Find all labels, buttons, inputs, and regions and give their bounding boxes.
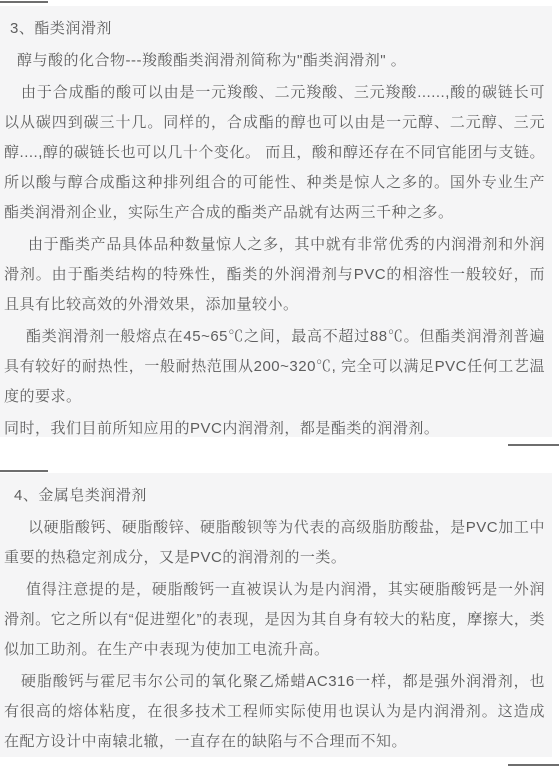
paragraph-soap-definition: 以硬脂酸钙、硬脂酸锌、硬脂酸钡等为代表的高级脂肪酸盐，是PVC加工中重要的热稳定… [4, 513, 545, 573]
paragraph-ester-internal-external: 由于酯类产品具体品种数量惊人之多，其中就有非常优秀的内润滑剂和外润滑剂。由于酯类… [4, 230, 545, 320]
partial-divider-mid-right [508, 444, 559, 446]
paragraph-ester-variety: 由于合成酯的酸可以由是一元羧酸、二元羧酸、三元羧酸......,酸的碳链长可以从… [4, 78, 545, 228]
section-heading-metal-soap: 4、金属皂类润滑剂 [4, 481, 545, 511]
section-metal-soap-lubricants: 4、金属皂类润滑剂 以硬脂酸钙、硬脂酸锌、硬脂酸钡等为代表的高级脂肪酸盐，是PV… [0, 473, 552, 757]
paragraph-soap-ac316: 硬脂酸钙与霍尼韦尔公司的氧化聚乙烯蜡AC316一样，都是强外润滑剂，也有很高的熔… [4, 667, 545, 757]
section-ester-lubricants: 3、酯类润滑剂 醇与酸的化合物---羧酸酯类润滑剂简称为"酯类润滑剂" 。 由于… [0, 6, 552, 437]
paragraph-ester-definition: 醇与酸的化合物---羧酸酯类润滑剂简称为"酯类润滑剂" 。 [4, 46, 545, 76]
partial-divider-top-left [0, 1, 48, 3]
paragraph-ester-melting-point: 酯类润滑剂一般熔点在45~65℃之间，最高不超过88℃。但酯类润滑剂普遍具有较好… [4, 322, 545, 412]
section-heading-ester: 3、酯类润滑剂 [4, 14, 545, 44]
partial-divider-mid-left [0, 470, 48, 472]
paragraph-ester-conclusion: 同时，我们目前所知应用的PVC内润滑剂，都是酯类的润滑剂。 [4, 414, 545, 444]
partial-divider-bottom-right [508, 764, 559, 766]
paragraph-soap-misconception: 值得注意提的是，硬脂酸钙一直被误认为是内润滑，其实硬脂酸钙是一外润滑剂。它之所以… [4, 575, 545, 665]
